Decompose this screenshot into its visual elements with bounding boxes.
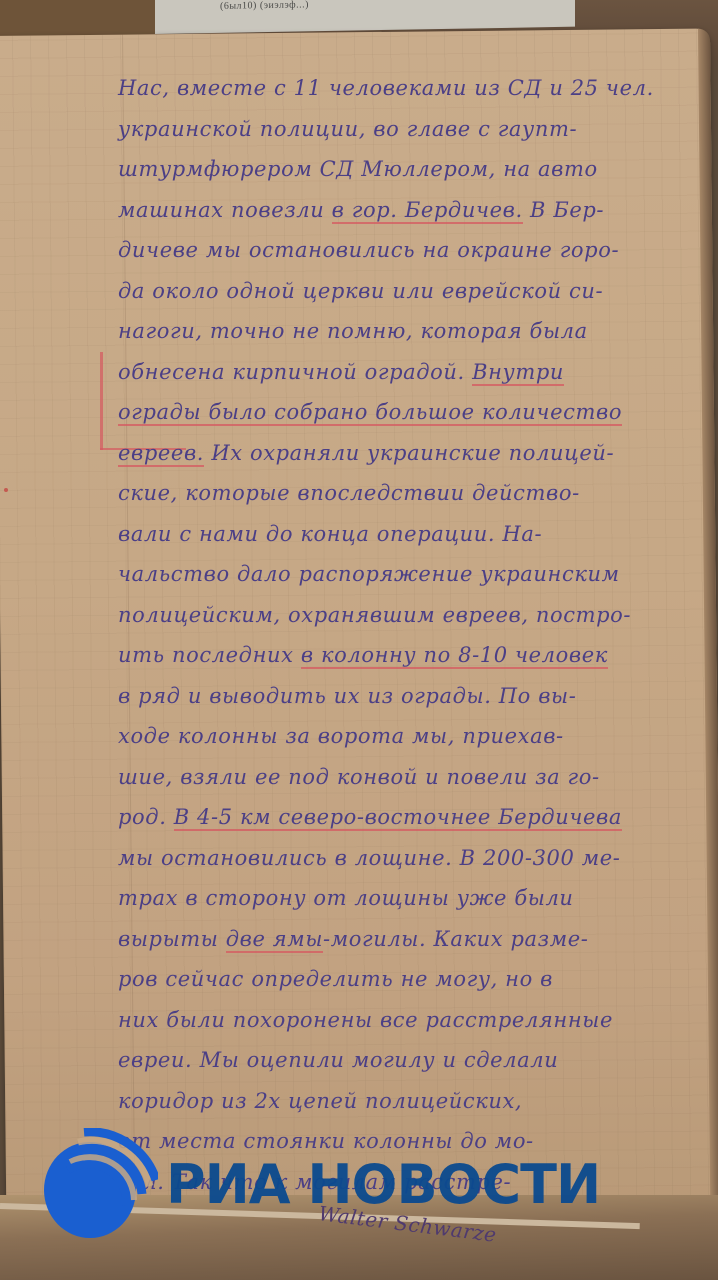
text-line: род. В 4-5 км северо-восточнее Бердичева [118, 797, 698, 838]
line-text: ров сейчас определить не могу, но в [118, 967, 553, 991]
line-text: коридор из 2х цепей полицейских, [118, 1089, 522, 1113]
text-line: в ряд и выводить их из ограды. По вы- [118, 676, 698, 717]
underlined-phrase: ограды было собрано большое количество [118, 400, 622, 426]
line-text: род. [118, 805, 174, 829]
text-line: обнесена кирпичной оградой. Внутри [118, 352, 698, 393]
text-line: евреев. Их охраняли украинские полицей- [118, 433, 698, 474]
ria-novosti-wordmark: РИА НОВОСТИ [166, 1153, 600, 1216]
text-line: вали с нами до конца операции. На- [118, 514, 698, 555]
line-text: них были похоронены все расстрелянные [118, 1008, 613, 1032]
archive-label-text: (6ыл10) (эиэлэф...) [220, 0, 309, 12]
line-text: обнесена кирпичной оградой. [118, 360, 472, 384]
text-line: трах в сторону от лощины уже были [118, 878, 698, 919]
line-text: в ряд и выводить их из ограды. По вы- [118, 684, 576, 708]
text-line: ить последних в колонну по 8-10 человек [118, 635, 698, 676]
ria-novosti-watermark: РИА НОВОСТИ [38, 1128, 698, 1240]
text-line: ские, которые впоследствии действо- [118, 473, 698, 514]
underlined-phrase: Внутри [472, 360, 564, 386]
line-text: трах в сторону от лощины уже были [118, 886, 574, 910]
line-text: машинах повезли [118, 198, 332, 222]
text-line: мы остановились в лощине. В 200-300 ме- [118, 838, 698, 879]
underlined-phrase: В 4-5 км северо-восточнее Бердичева [174, 805, 622, 831]
line-text: украинской полиции, во главе с гаупт- [118, 117, 577, 141]
line-text: полицейским, охранявшим евреев, постро- [118, 603, 631, 627]
page-edge-shadow [698, 29, 718, 1204]
line-text: Их охраняли украинские полицей- [204, 441, 614, 465]
text-line: полицейским, охранявшим евреев, постро- [118, 595, 698, 636]
text-line: машинах повезли в гор. Бердичев. В Бер- [118, 190, 698, 231]
text-line: чальство дало распоряжение украинским [118, 554, 698, 595]
line-text: нагоги, точно не помню, которая была [118, 319, 588, 343]
line-text: шие, взяли ее под конвой и повели за го- [118, 765, 600, 789]
text-line: ограды было собрано большое количество [118, 392, 698, 433]
line-text: ские, которые впоследствии действо- [118, 481, 580, 505]
text-line: ров сейчас определить не могу, но в [118, 959, 698, 1000]
handwritten-testimony: Нас, вместе с 11 человеками из СД и 25 ч… [118, 68, 698, 1243]
text-line: вырыты две ямы-могилы. Каких разме- [118, 919, 698, 960]
ria-globe-icon [38, 1128, 158, 1240]
line-text: В Бер- [523, 198, 604, 222]
line-text: чальство дало распоряжение украинским [118, 562, 620, 586]
line-text: вали с нами до конца операции. На- [118, 522, 542, 546]
line-text: -могилы. Каких разме- [323, 927, 588, 951]
text-line: них были похоронены все расстрелянные [118, 1000, 698, 1041]
line-text: мы остановились в лощине. В 200-300 ме- [118, 846, 620, 870]
underlined-phrase: в колонну по 8-10 человек [301, 643, 608, 669]
line-text: штурмфюрером СД Мюллером, на авто [118, 157, 598, 181]
text-line: штурмфюрером СД Мюллером, на авто [118, 149, 698, 190]
line-text: ходе колонны за ворота мы, приехав- [118, 724, 564, 748]
line-text: вырыты [118, 927, 226, 951]
text-line: украинской полиции, во главе с гаупт- [118, 109, 698, 150]
line-text: ить последних [118, 643, 301, 667]
text-line: евреи. Мы оцепили могилу и сделали [118, 1040, 698, 1081]
line-text: евреи. Мы оцепили могилу и сделали [118, 1048, 558, 1072]
underlined-phrase: евреев. [118, 441, 204, 467]
text-line: нагоги, точно не помню, которая была [118, 311, 698, 352]
line-text: дичеве мы остановились на окраине горо- [118, 238, 619, 262]
line-text: да около одной церкви или еврейской си- [118, 279, 603, 303]
red-margin-mark [4, 488, 8, 492]
text-line: дичеве мы остановились на окраине горо- [118, 230, 698, 271]
text-line: коридор из 2х цепей полицейских, [118, 1081, 698, 1122]
text-line: Нас, вместе с 11 человеками из СД и 25 ч… [118, 68, 698, 109]
text-line: шие, взяли ее под конвой и повели за го- [118, 757, 698, 798]
underlined-phrase: в гор. Бердичев. [332, 198, 523, 224]
red-bracket-left [100, 352, 103, 450]
text-line: да около одной церкви или еврейской си- [118, 271, 698, 312]
underlined-phrase: две ямы [226, 927, 323, 953]
line-text: Нас, вместе с 11 человеками из СД и 25 ч… [118, 76, 654, 100]
text-line: ходе колонны за ворота мы, приехав- [118, 716, 698, 757]
